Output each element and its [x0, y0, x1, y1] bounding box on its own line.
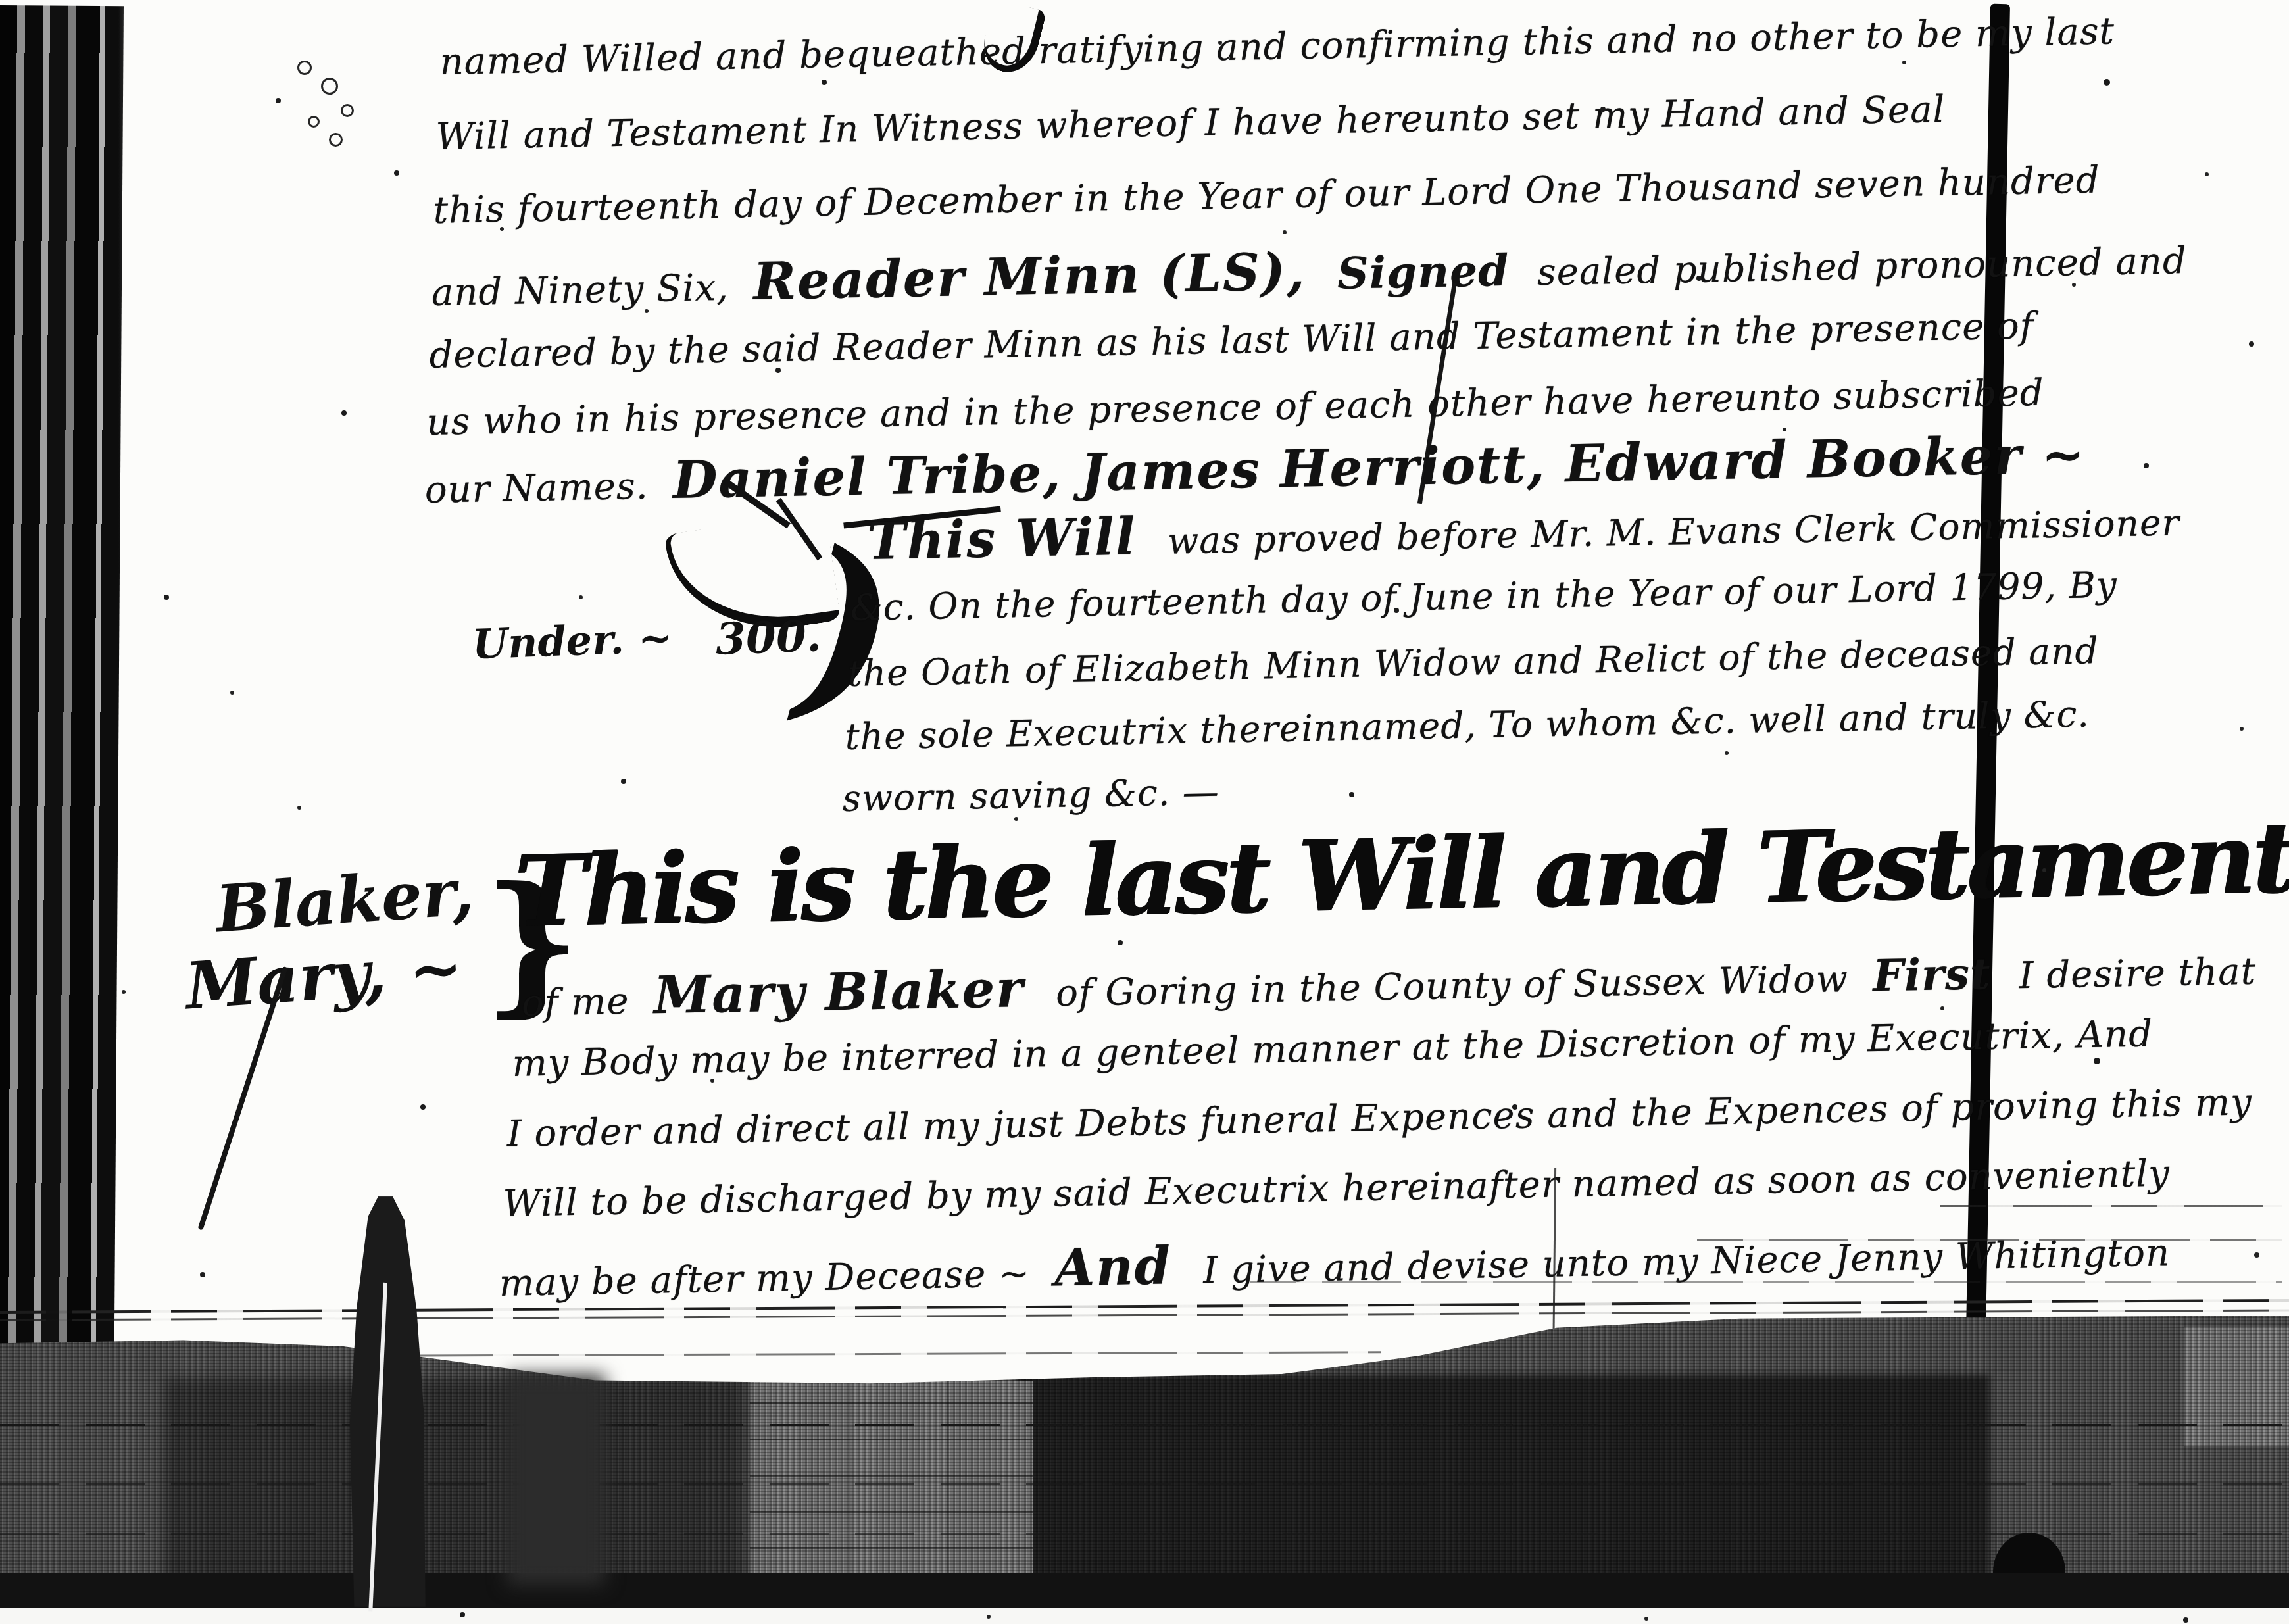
page-bottom-edge — [0, 1608, 2289, 1624]
valuation-under-label: Under. ~ — [472, 614, 673, 669]
gutter-black-strip — [0, 1573, 2289, 1608]
pen-silhouette — [342, 1196, 429, 1607]
line-segment: of Goring in the County of Sussex Widow — [1056, 958, 1861, 1015]
book-binding-shadow — [0, 5, 124, 1400]
will-heading: This is the last Will and Testament~ — [513, 799, 2289, 948]
probate-line: sworn saving &c. — — [842, 770, 1219, 819]
line-segment: and Ninety Six, — [431, 266, 741, 314]
gutter-rule-line — [0, 1424, 2289, 1426]
scanned-will-register-page: ⎯⎯⎯ ⎯⎯ ⎯⎯⎯⎯ ⎯⎯ ⎯⎯ ⎯ named Willed and beq… — [0, 0, 2289, 1624]
manuscript-line: named Willed and bequeathed ratifying an… — [439, 10, 2115, 84]
foxing-ring — [329, 133, 343, 147]
ruled-scratch-fragment — [1250, 1281, 2282, 1283]
line-segment: our Names. — [424, 464, 660, 512]
gutter-rule-line — [0, 1533, 2289, 1535]
foxing-ring — [308, 116, 320, 128]
will-body-line: may be after my Decease ~ And I give and… — [499, 1218, 2182, 1308]
binding-fade — [118, 5, 178, 1400]
will-body-line: Will to be discharged by my said Executr… — [503, 1152, 2170, 1225]
probate-line: &c. On the fourteenth day of June in the… — [850, 564, 2117, 629]
line-segment: was proved before Mr. M. Evans Clerk Com… — [1168, 501, 2192, 562]
will-body-line: I order and direct all my just Debts fun… — [506, 1081, 2252, 1156]
line-segment: may be after my Decease ~ — [499, 1252, 1043, 1305]
manuscript-line: this fourteenth day of December in the Y… — [433, 159, 2100, 232]
foxing-ring — [321, 78, 338, 95]
cut-off-top-line: ⎯⎯⎯ ⎯⎯ ⎯⎯⎯⎯ ⎯⎯ ⎯⎯ ⎯ — [454, 0, 1704, 18]
probate-opening: This Will — [867, 506, 1156, 572]
manuscript-line: and Ninety Six, Reader Minn (LS), Signed… — [431, 226, 2200, 318]
pen-shadow — [506, 1375, 605, 1585]
foxing-ring — [297, 61, 312, 75]
will-body-line: of me Mary Blaker of Goring in the Count… — [521, 936, 2269, 1028]
line-segment: sealed published pronounced and — [1537, 239, 2200, 294]
line-segment: I desire that — [2019, 950, 2269, 997]
line-segment: of me — [521, 980, 641, 1025]
foxing-ring — [341, 104, 354, 117]
probate-line: the sole Executrix thereinnamed, To whom… — [845, 693, 2090, 758]
probate-line: the Oath of Elizabeth Minn Widow and Rel… — [847, 629, 2099, 695]
ruled-scratch-fragment — [1697, 1239, 2282, 1241]
manuscript-line: declared by the said Reader Minn as his … — [429, 305, 2034, 377]
first-bequest-word: First — [1873, 948, 2007, 1002]
attestation-word: Signed — [1337, 245, 1525, 299]
bequest-and-word: And — [1054, 1236, 1192, 1298]
ruled-scratch-fragment — [1940, 1205, 2282, 1207]
gutter-rule-line — [0, 1483, 2289, 1485]
testator-name-reader-minn: Reader Minn (LS), — [752, 241, 1325, 312]
ink-speckles — [0, 0, 4, 4]
testator-name-mary-blaker: Mary Blaker — [653, 958, 1044, 1025]
manuscript-line: Will and Testament In Witness whereof I … — [435, 88, 1946, 159]
